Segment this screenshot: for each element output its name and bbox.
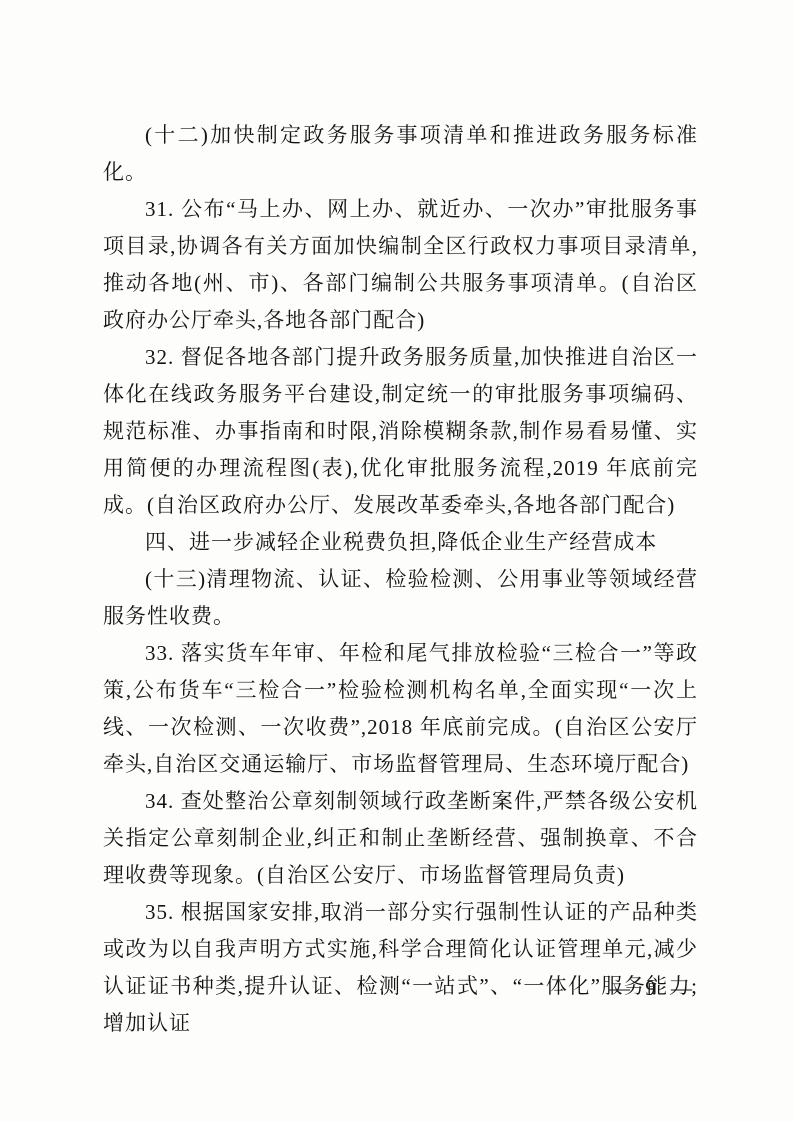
clause-heading-13: (十三)清理物流、认证、检验检测、公用事业等领域经营服务性收费。	[103, 561, 698, 635]
document-page: (十二)加快制定政务服务事项清单和推进政务服务标准化。 31. 公布“马上办、网…	[0, 0, 793, 1122]
clause-heading-12: (十二)加快制定政务服务事项清单和推进政务服务标准化。	[103, 117, 698, 191]
item-32: 32. 督促各地各部门提升政务服务质量,加快推进自治区一体化在线政务服务平台建设…	[103, 339, 698, 524]
item-34: 34. 查处整治公章刻制领域行政垄断案件,严禁各级公安机关指定公章刻制企业,纠正…	[103, 783, 698, 894]
page-number: — 9 —	[609, 972, 693, 1004]
item-31: 31. 公布“马上办、网上办、就近办、一次办”审批服务事项目录,协调各有关方面加…	[103, 191, 698, 339]
item-33: 33. 落实货车年审、年检和尾气排放检验“三检合一”等政策,公布货车“三检合一”…	[103, 635, 698, 783]
document-body: (十二)加快制定政务服务事项清单和推进政务服务标准化。 31. 公布“马上办、网…	[103, 117, 698, 1042]
item-35: 35. 根据国家安排,取消一部分实行强制性认证的产品种类或改为以自我声明方式实施…	[103, 894, 698, 1042]
section-heading-4: 四、进一步减轻企业税费负担,降低企业生产经营成本	[103, 524, 698, 561]
